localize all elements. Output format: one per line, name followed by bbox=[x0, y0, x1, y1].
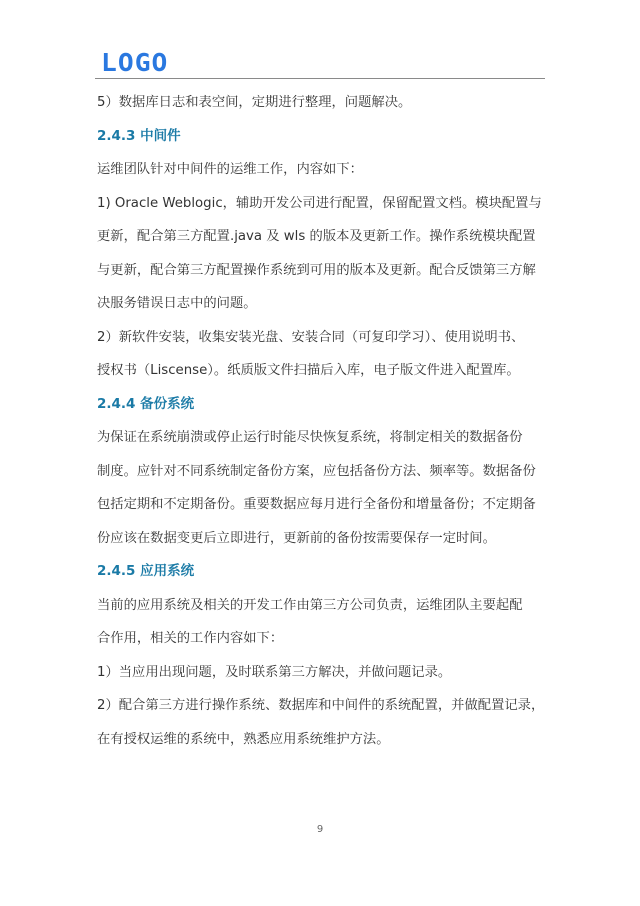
paragraph-line: 运维团队针对中间件的运维工作，内容如下： bbox=[97, 153, 547, 187]
paragraph-line: 1) Oracle Weblogic，辅助开发公司进行配置，保留配置文档。模块配… bbox=[97, 187, 547, 221]
paragraph-line: 2）新软件安装，收集安装光盘、安装合同（可复印学习）、使用说明书、 bbox=[97, 321, 547, 355]
logo: LOGO bbox=[101, 50, 168, 76]
paragraph-line: 为保证在系统崩溃或停止运行时能尽快恢复系统，将制定相关的数据备份 bbox=[97, 421, 547, 455]
section-heading-2-4-5: 2.4.5 应用系统 bbox=[97, 555, 547, 589]
paragraph-line: 当前的应用系统及相关的开发工作由第三方公司负责，运维团队主要起配 bbox=[97, 589, 547, 623]
section-heading-2-4-4: 2.4.4 备份系统 bbox=[97, 388, 547, 422]
paragraph-line: 与更新，配合第三方配置操作系统到可用的版本及更新。配合反馈第三方解 bbox=[97, 254, 547, 288]
section-heading-2-4-3: 2.4.3 中间件 bbox=[97, 120, 547, 154]
paragraph-line: 更新，配合第三方配置.java 及 wls 的版本及更新工作。操作系统模块配置 bbox=[97, 220, 547, 254]
paragraph-line: 1）当应用出现问题，及时联系第三方解决，并做问题记录。 bbox=[97, 656, 547, 690]
paragraph-line: 包括定期和不定期备份。重要数据应每月进行全备份和增量备份；不定期备 bbox=[97, 488, 547, 522]
paragraph-line: 在有授权运维的系统中，熟悉应用系统维护方法。 bbox=[97, 723, 547, 757]
paragraph-line: 合作用，相关的工作内容如下： bbox=[97, 622, 547, 656]
paragraph-line: 授权书（Liscense）。纸质版文件扫描后入库，电子版文件进入配置库。 bbox=[97, 354, 547, 388]
paragraph-line: 制度。应针对不同系统制定备份方案，应包括备份方法、频率等。数据备份 bbox=[97, 455, 547, 489]
page-number: 9 bbox=[0, 824, 640, 835]
paragraph-line: 份应该在数据变更后立即进行，更新前的备份按需要保存一定时间。 bbox=[97, 522, 547, 556]
document-body: 5）数据库日志和表空间，定期进行整理，问题解决。 2.4.3 中间件 运维团队针… bbox=[97, 86, 547, 756]
paragraph-line: 2）配合第三方进行操作系统、数据库和中间件的系统配置，并做配置记录， bbox=[97, 689, 547, 723]
paragraph-line: 决服务错误日志中的问题。 bbox=[97, 287, 547, 321]
paragraph-line: 5）数据库日志和表空间，定期进行整理，问题解决。 bbox=[97, 86, 547, 120]
header-divider bbox=[95, 78, 545, 79]
